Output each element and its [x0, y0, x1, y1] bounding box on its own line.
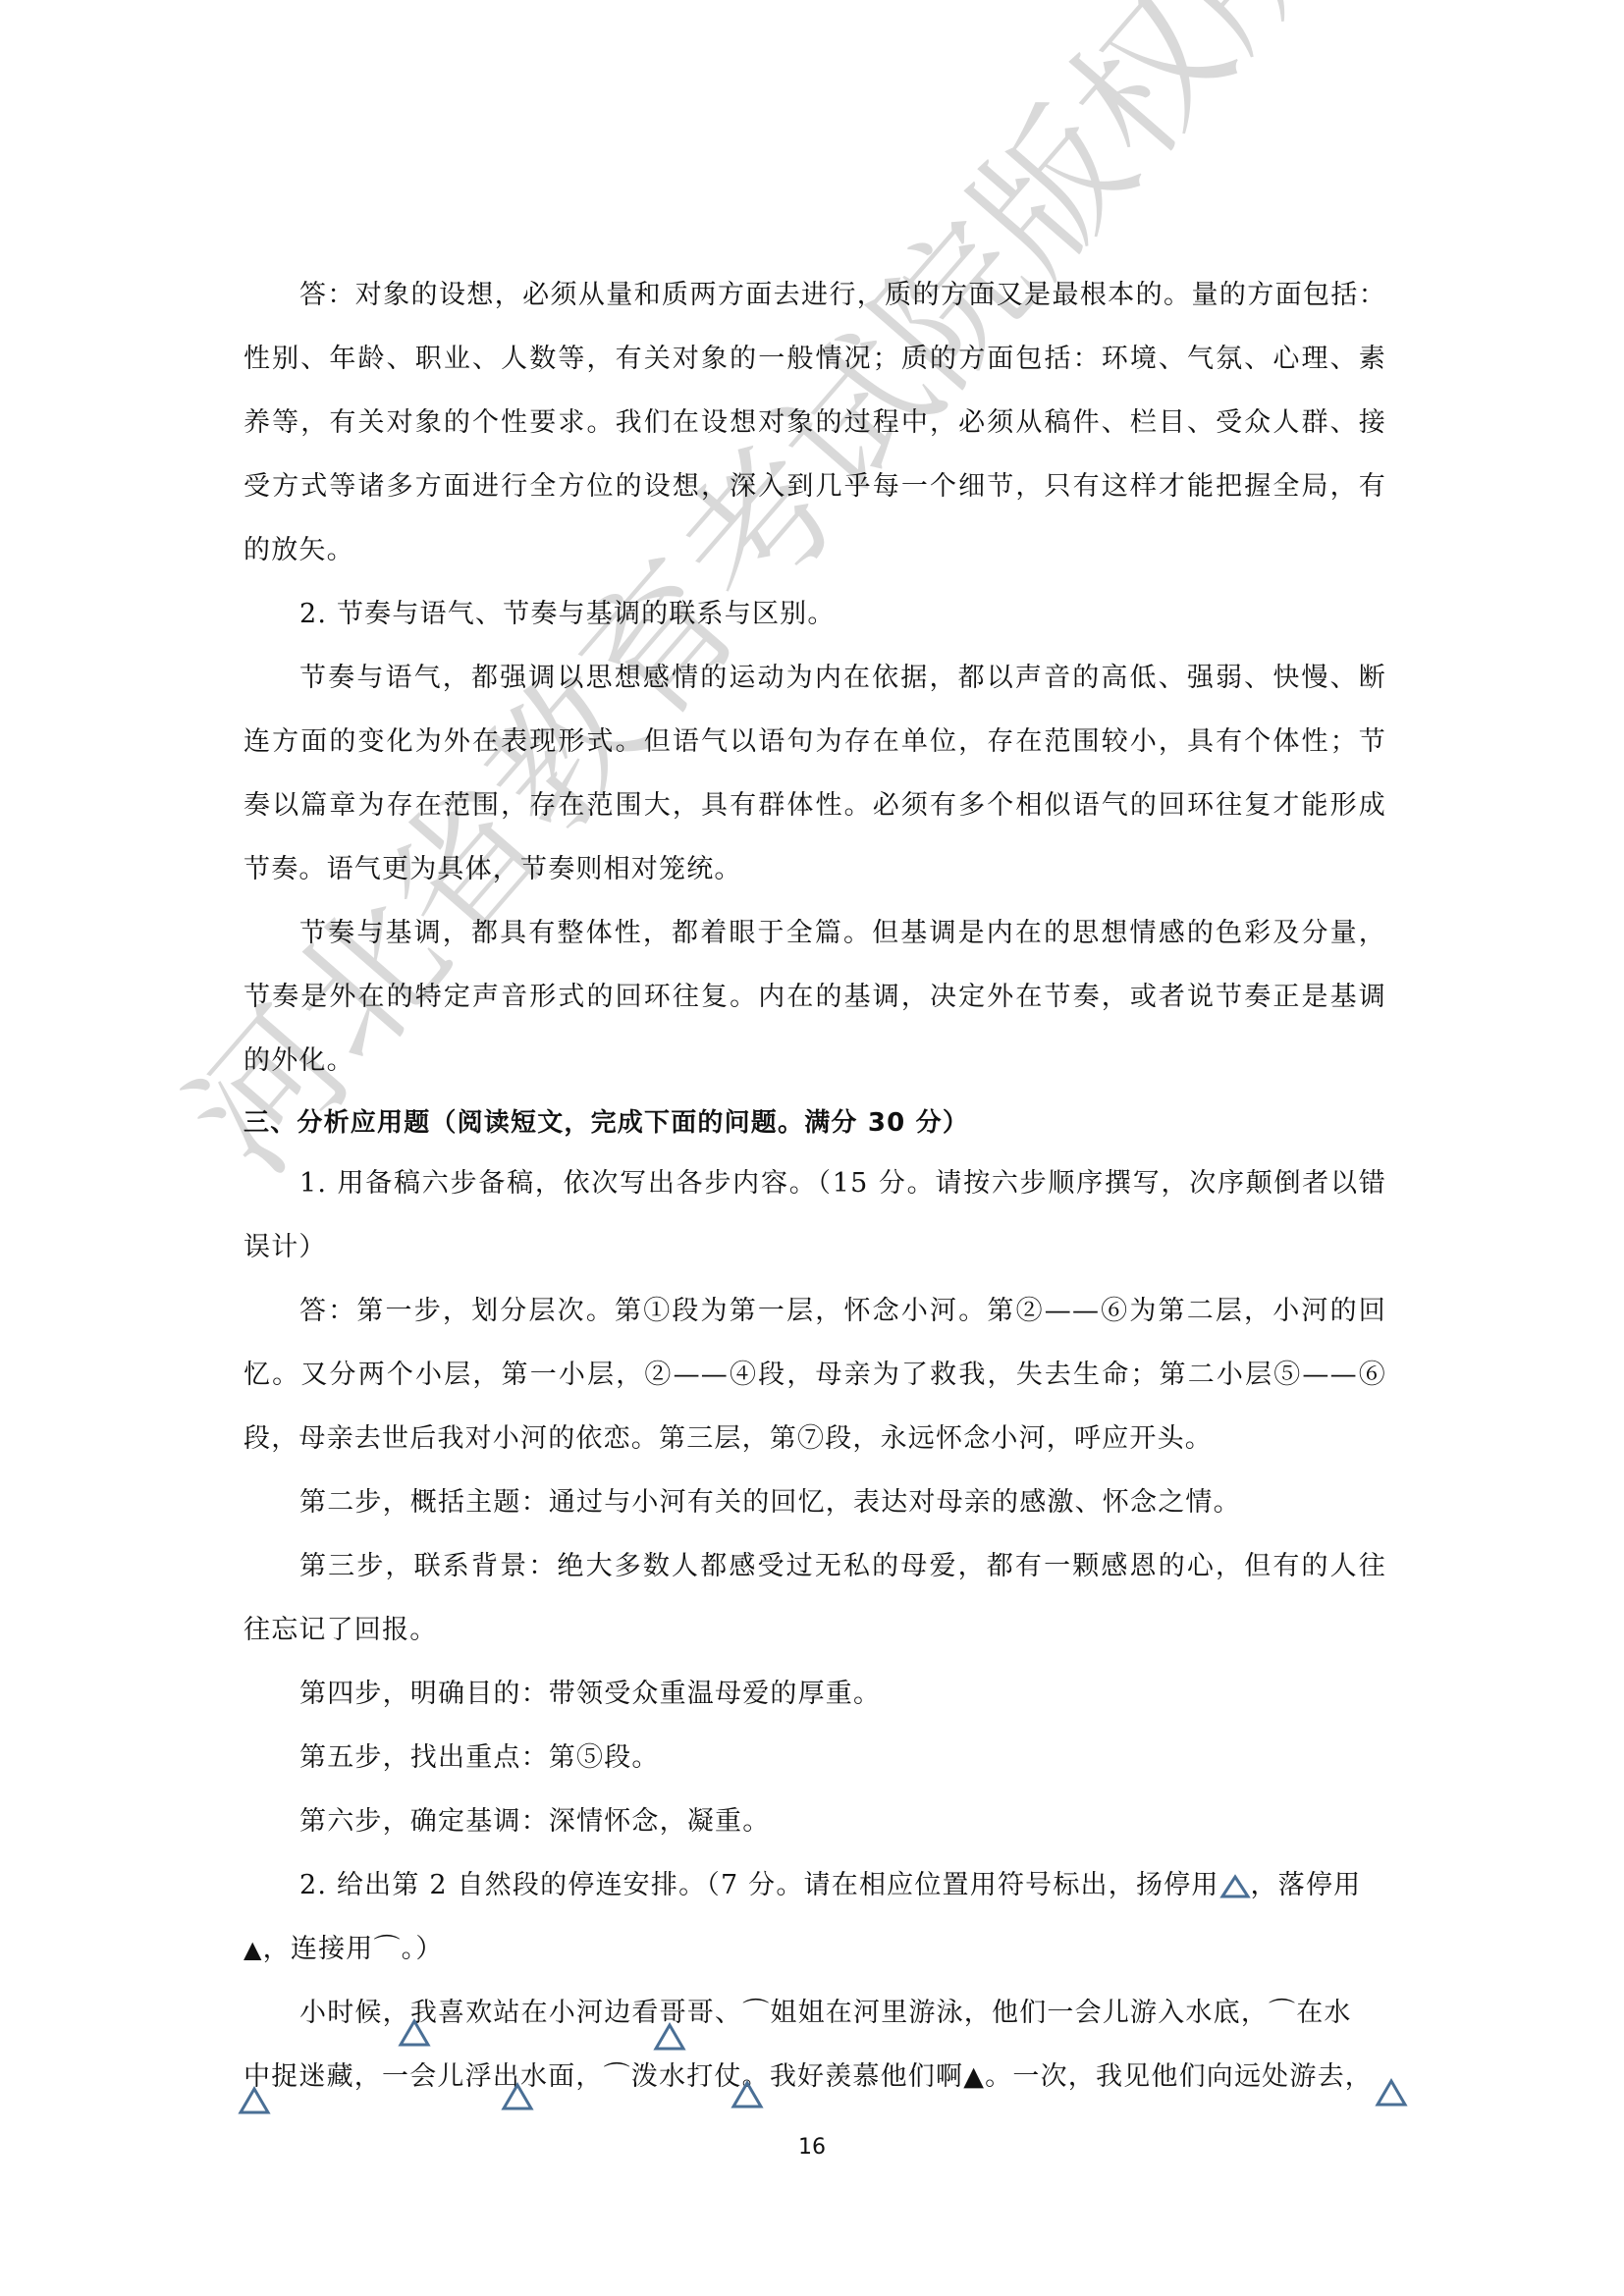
question-2-title: 2. 节奏与语气、节奏与基调的联系与区别。	[244, 586, 1386, 650]
section-3-heading: 三、分析应用题（阅读短文，完成下面的问题。满分 30 分）	[244, 1096, 1386, 1155]
question-2-para1-line: 节奏与语气，都强调以思想感情的运动为内在依据，都以声音的高低、强弱、快慢、断	[244, 650, 1386, 714]
q2-prompt-text: ，连接用⌒。）	[263, 1934, 444, 1964]
page-content: 答：对象的设想，必须从量和质两方面去进行，质的方面又是最根本的。量的方面包括： …	[244, 267, 1386, 2112]
rising-pause-mark-icon	[238, 2086, 271, 2115]
rising-pause-mark-icon	[1375, 2078, 1408, 2108]
document-page: 河北省教育考试院版权所有 答：对象的设想，必须从量和质两方面去进行，质的方面又是…	[0, 0, 1624, 2296]
answer-text-line: 的放矢。	[244, 522, 1386, 586]
question-2-para2-line: 节奏是外在的特定声音形式的回环往复。内在的基调，决定外在节奏，或者说节奏正是基调	[244, 969, 1386, 1033]
rising-pause-mark-icon	[731, 2080, 764, 2109]
q1-prompt-line: 误计）	[244, 1219, 1386, 1283]
rising-pause-mark-icon	[398, 2018, 431, 2048]
q2-prompt-text: ，落停用	[1251, 1870, 1362, 1900]
answer-text-line: 养等，有关对象的个性要求。我们在设想对象的过程中，必须从稿件、栏目、受众人群、接	[244, 395, 1386, 458]
passage-segment: 他们一会儿游入水底，⌒在水	[992, 1998, 1352, 2028]
answer-text-line: 性别、年龄、职业、人数等，有关对象的一般情况；质的方面包括：环境、气氛、心理、素	[244, 331, 1386, 395]
q1-prompt-line: 1. 用备稿六步备稿，依次写出各步内容。（15 分。请按六步顺序撰写，次序颠倒者…	[244, 1155, 1386, 1219]
passage-segment: 我好羡慕他们啊▲。一次，	[770, 2061, 1096, 2092]
q1-step1-line: 忆。又分两个小层，第一小层，②——④段，母亲为了救我，失去生命；第二小层⑤——⑥	[244, 1347, 1386, 1411]
passage-segment: 小时候，	[299, 1998, 410, 2028]
passage-segment: 我喜欢站在小河边看哥哥、⌒姐姐在河里游泳，	[410, 1998, 992, 2028]
answer-text-line: 答：对象的设想，必须从量和质两方面去进行，质的方面又是最根本的。量的方面包括：	[244, 267, 1386, 331]
q1-step3-line: 往忘记了回报。	[244, 1602, 1386, 1666]
rising-pause-mark-icon	[501, 2082, 534, 2111]
question-2-para2-line: 的外化。	[244, 1033, 1386, 1096]
q1-step3-line: 第三步，联系背景：绝大多数人都感受过无私的母爱，都有一颗感恩的心，但有的人往	[244, 1538, 1386, 1602]
passage-line-1: 小时候，我喜欢站在小河边看哥哥、⌒姐姐在河里游泳，他们一会儿游入水底，⌒在水	[244, 1985, 1386, 2049]
q1-step2: 第二步，概括主题：通过与小河有关的回忆，表达对母亲的感激、怀念之情。	[244, 1474, 1386, 1538]
page-number: 16	[0, 2135, 1624, 2160]
question-2-para1-line: 节奏。语气更为具体，节奏则相对笼统。	[244, 841, 1386, 905]
rising-pause-triangle-icon	[1219, 1874, 1251, 1897]
q2-prompt-line-1: 2. 给出第 2 自然段的停连安排。（7 分。请在相应位置用符号标出，扬停用，落…	[244, 1857, 1386, 1921]
q1-step5: 第五步，找出重点：第⑤段。	[244, 1730, 1386, 1793]
q1-step1-line: 答：第一步，划分层次。第①段为第一层，怀念小河。第②——⑥为第二层，小河的回	[244, 1283, 1386, 1347]
question-2-para2-line: 节奏与基调，都具有整体性，都着眼于全篇。但基调是内在的思想情感的色彩及分量，	[244, 905, 1386, 969]
answer-text-line: 受方式等诸多方面进行全方位的设想，深入到几乎每一个细节，只有这样才能把握全局，有	[244, 458, 1386, 522]
q2-prompt-text: 2. 给出第 2 自然段的停连安排。（7 分。请在相应位置用符号标出，扬停用	[299, 1870, 1219, 1900]
falling-pause-triangle-icon: ▲	[244, 1936, 263, 1963]
q1-step1-line: 段，母亲去世后我对小河的依恋。第三层，第⑦段，永远怀念小河，呼应开头。	[244, 1411, 1386, 1474]
q1-step4: 第四步，明确目的：带领受众重温母爱的厚重。	[244, 1666, 1386, 1730]
passage-line-2: 中捉迷藏，一会儿浮出水面，⌒泼水打仗。我好羡慕他们啊▲。一次，我见他们向远处游去…	[244, 2049, 1386, 2112]
rising-pause-mark-icon	[653, 2022, 686, 2052]
passage-segment: 我见他们向远处游去，	[1096, 2061, 1373, 2092]
passage-segment: 一会儿浮出水面，⌒泼水打仗。	[382, 2061, 770, 2092]
question-2-para1-line: 奏以篇章为存在范围，存在范围大，具有群体性。必须有多个相似语气的回环往复才能形成	[244, 777, 1386, 841]
question-2-para1-line: 连方面的变化为外在表现形式。但语气以语句为存在单位，存在范围较小，具有个体性；节	[244, 714, 1386, 777]
q2-prompt-line-2: ▲，连接用⌒。）	[244, 1921, 1386, 1985]
q1-step6: 第六步，确定基调：深情怀念，凝重。	[244, 1793, 1386, 1857]
